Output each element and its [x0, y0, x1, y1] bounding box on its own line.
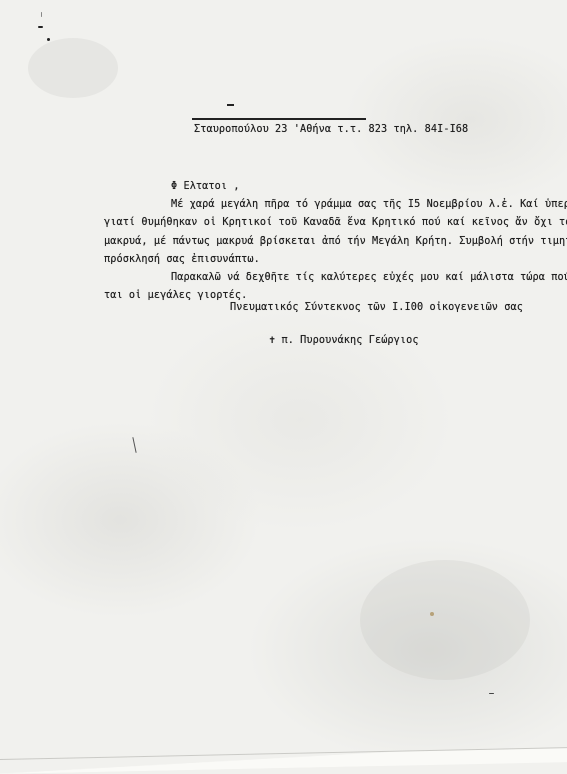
ink-speck [489, 693, 494, 694]
sign-off: Πνευματικός Σύντεκνος τῶν I.I00 οἰκογενε… [230, 302, 523, 314]
body-line-1: Μέ χαρά μεγάλη πῆρα τό γράμμα σας τῆς I5… [171, 199, 567, 211]
closing-line-2: ται οἱ μεγάλες γιορτές. [104, 290, 247, 302]
letter-page: Σταυροπούλου 23 'Αθήνα τ.τ. 823 τηλ. 84I… [0, 0, 567, 774]
ink-speck [47, 38, 50, 41]
paper-stain [28, 38, 118, 98]
ink-speck [38, 26, 43, 28]
address-line: Σταυροπούλου 23 'Αθήνα τ.τ. 823 τηλ. 84I… [194, 124, 468, 136]
ink-speck [41, 12, 42, 17]
body-line-2: γιατί θυμήθηκαν οἱ Κρητικοί τοῦ Καναδᾶ ἕ… [104, 217, 567, 229]
paper-stain [430, 612, 434, 616]
paper-stain [360, 560, 530, 680]
body-line-3: μακρυά, μέ πάντως μακρυά βρίσκεται ἀπό τ… [104, 236, 567, 248]
body-line-4: πρόσκλησή σας ἐπισυνάπτω. [104, 254, 260, 266]
salutation: Φ Ελτατοι , [171, 181, 240, 193]
closing-line-1: Παρακαλῶ νά δεχθῆτε τίς καλύτερες εὐχές … [171, 272, 567, 284]
header-rule [192, 118, 366, 120]
signature: ✝ π. Πυρουνάκης Γεώργιος [269, 335, 419, 347]
header-dash [227, 104, 234, 106]
pencil-mark [132, 437, 136, 453]
